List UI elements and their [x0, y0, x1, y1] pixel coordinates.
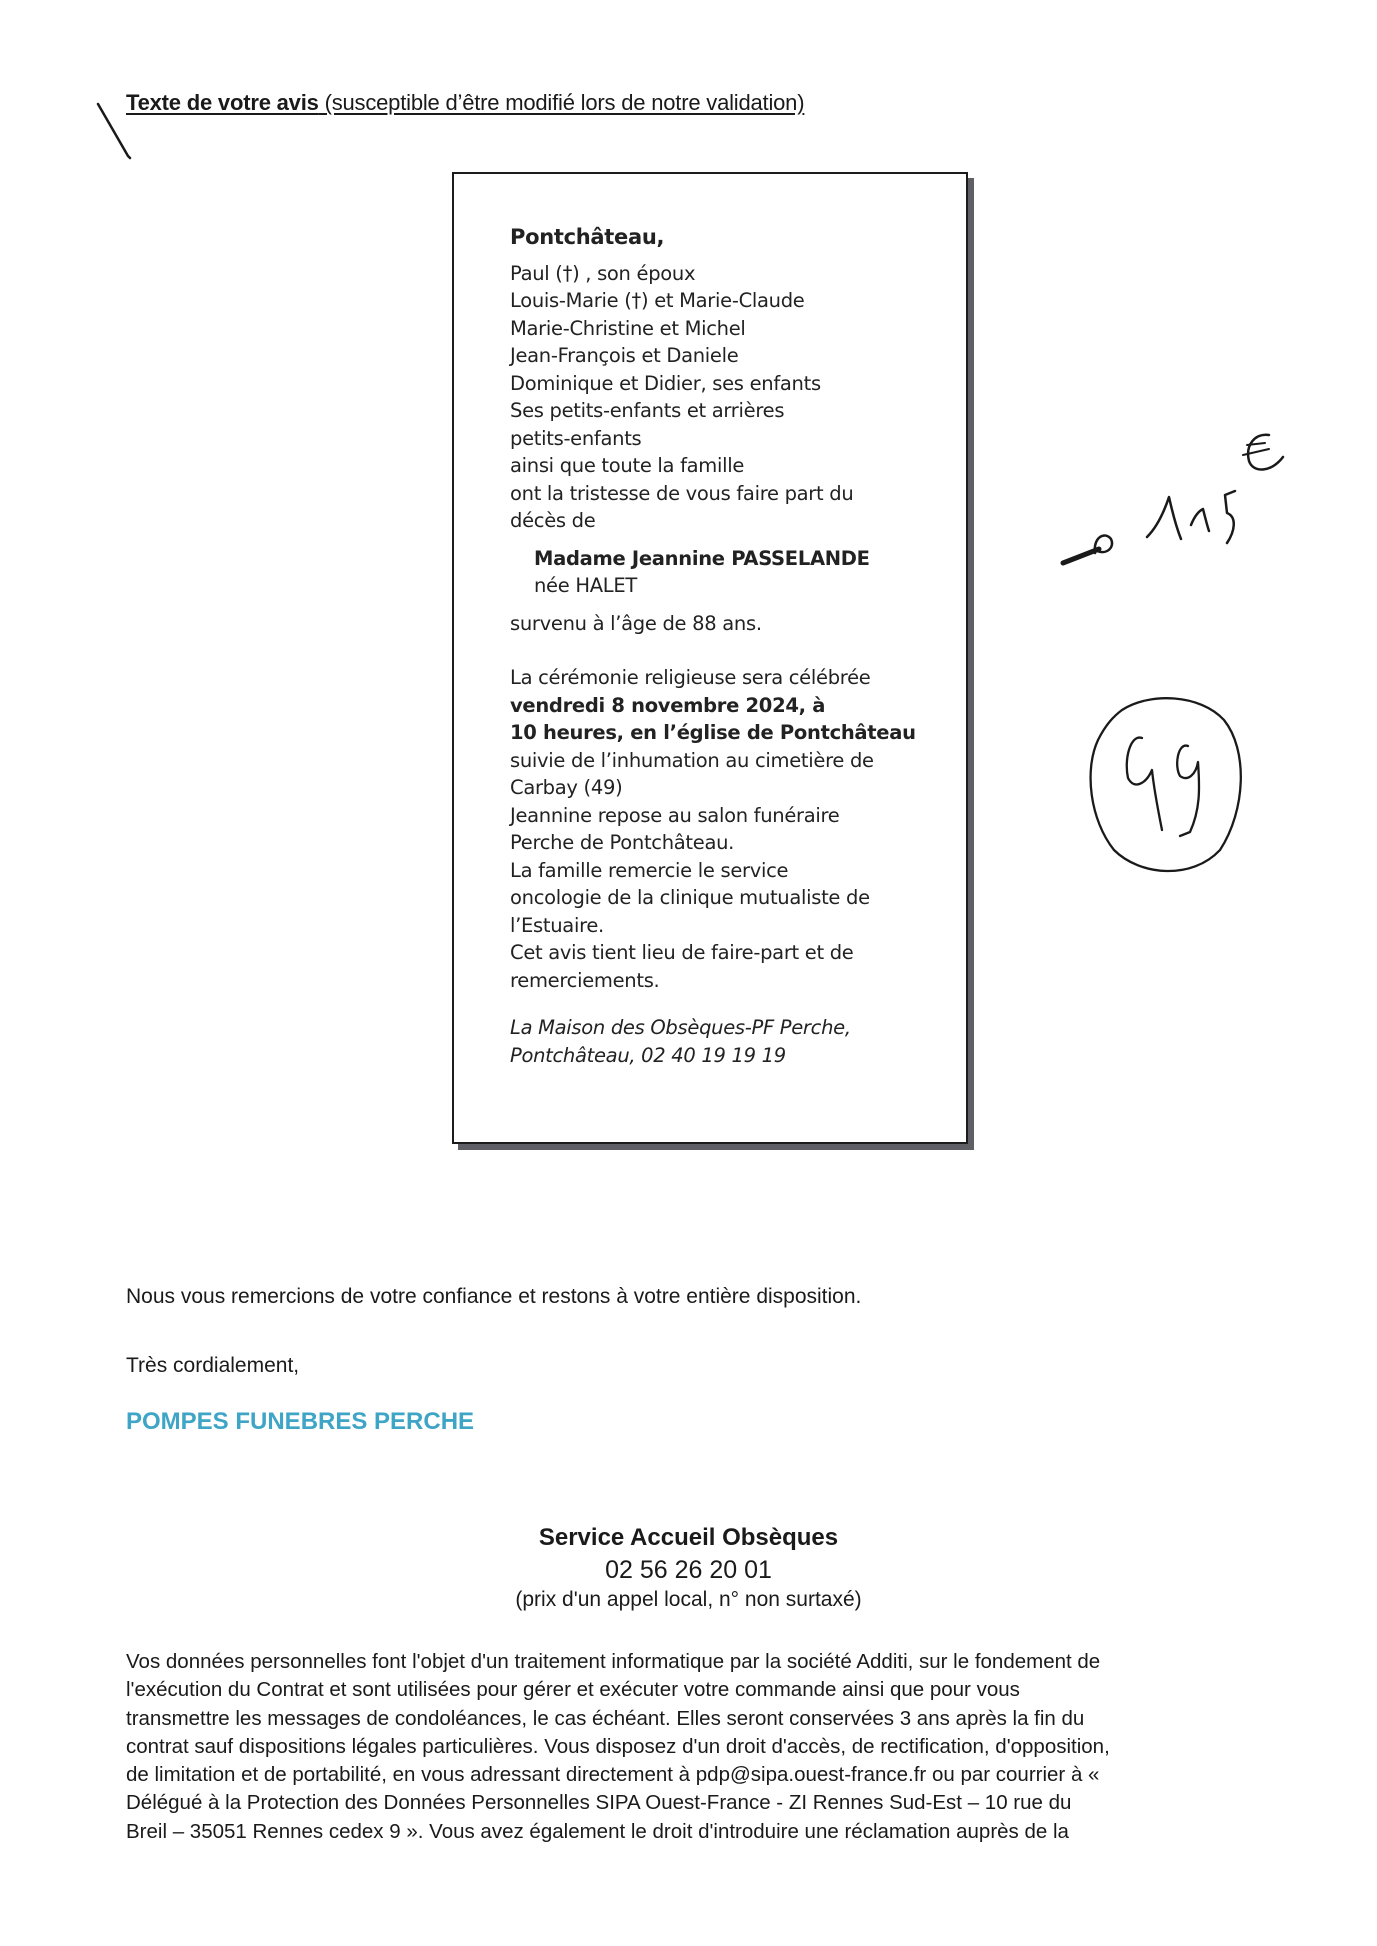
family-line: Marie-Christine et Michel	[510, 315, 946, 343]
family-list: Paul (†) , son épouxLouis-Marie (†) et M…	[510, 260, 946, 535]
service-phone: 02 56 26 20 01	[0, 1554, 1377, 1586]
privacy-line: contrat sauf dispositions légales partic…	[126, 1733, 1296, 1761]
deceased-name: Madame Jeannine PASSELANDE	[510, 545, 946, 573]
details-line: Perche de Pontchâteau.	[510, 829, 946, 857]
family-line: Louis-Marie (†) et Marie-Claude	[510, 287, 946, 315]
privacy-line: Vos données personnelles font l'objet d'…	[126, 1648, 1296, 1676]
signature-line: Pontchâteau, 02 40 19 19 19	[510, 1042, 946, 1070]
maiden-name: née HALET	[510, 572, 946, 600]
ceremony-intro: La cérémonie religieuse sera célébrée	[510, 664, 946, 692]
details-line: l’Estuaire.	[510, 912, 946, 940]
obituary-notice-box: Pontchâteau, Paul (†) , son épouxLouis-M…	[452, 172, 968, 1144]
ceremony-place: 10 heures, en l’église de Pontchâteau	[510, 719, 946, 747]
privacy-line: transmettre les messages de condoléances…	[126, 1705, 1296, 1733]
company-name: POMPES FUNEBRES PERCHE	[126, 1408, 474, 1436]
avis-heading: Texte de votre avis (susceptible d’être …	[126, 90, 804, 116]
family-line: Ses petits-enfants et arrières	[510, 397, 946, 425]
service-contact-block: Service Accueil Obsèques 02 56 26 20 01 …	[0, 1522, 1377, 1614]
avis-heading-title: Texte de votre avis	[126, 90, 319, 115]
handwritten-price-annotation: 115 €	[1055, 425, 1295, 575]
handwritten-circled-number: 49	[1080, 690, 1250, 880]
ceremony-date: vendredi 8 novembre 2024, à	[510, 692, 946, 720]
family-line: Dominique et Didier, ses enfants	[510, 370, 946, 398]
privacy-line: de limitation et de portabilité, en vous…	[126, 1761, 1296, 1789]
notice-town: Pontchâteau,	[510, 224, 946, 252]
details-line: remerciements.	[510, 967, 946, 995]
privacy-line: l'exécution du Contrat et sont utilisées…	[126, 1676, 1296, 1704]
closing-thanks: Nous vous remercions de votre confiance …	[126, 1285, 861, 1309]
funeral-home-signature: La Maison des Obsèques-PF Perche,Pontchâ…	[510, 1014, 946, 1069]
avis-heading-note: (susceptible d’être modifié lors de notr…	[319, 90, 805, 115]
obituary-notice-content: Pontchâteau, Paul (†) , son épouxLouis-M…	[510, 224, 946, 1069]
family-line: petits-enfants	[510, 425, 946, 453]
details-line: Cet avis tient lieu de faire-part et de	[510, 939, 946, 967]
signature-line: La Maison des Obsèques-PF Perche,	[510, 1014, 946, 1042]
privacy-notice: Vos données personnelles font l'objet d'…	[126, 1648, 1296, 1846]
family-line: ont la tristesse de vous faire part du	[510, 480, 946, 508]
age-line: survenu à l’âge de 88 ans.	[510, 610, 946, 638]
family-line: décès de	[510, 507, 946, 535]
details-list: suivie de l’inhumation au cimetière deCa…	[510, 747, 946, 995]
details-line: oncologie de la clinique mutualiste de	[510, 884, 946, 912]
details-line: Jeannine repose au salon funéraire	[510, 802, 946, 830]
privacy-line: Breil – 35051 Rennes cedex 9 ». Vous ave…	[126, 1818, 1296, 1846]
closing-regards: Très cordialement,	[126, 1354, 299, 1378]
details-line: La famille remercie le service	[510, 857, 946, 885]
service-title: Service Accueil Obsèques	[0, 1522, 1377, 1554]
details-line: Carbay (49)	[510, 774, 946, 802]
details-line: suivie de l’inhumation au cimetière de	[510, 747, 946, 775]
service-phone-note: (prix d'un appel local, n° non surtaxé)	[0, 1586, 1377, 1614]
family-line: Jean-François et Daniele	[510, 342, 946, 370]
privacy-line: Délégué à la Protection des Données Pers…	[126, 1789, 1296, 1817]
family-line: Paul (†) , son époux	[510, 260, 946, 288]
family-line: ainsi que toute la famille	[510, 452, 946, 480]
